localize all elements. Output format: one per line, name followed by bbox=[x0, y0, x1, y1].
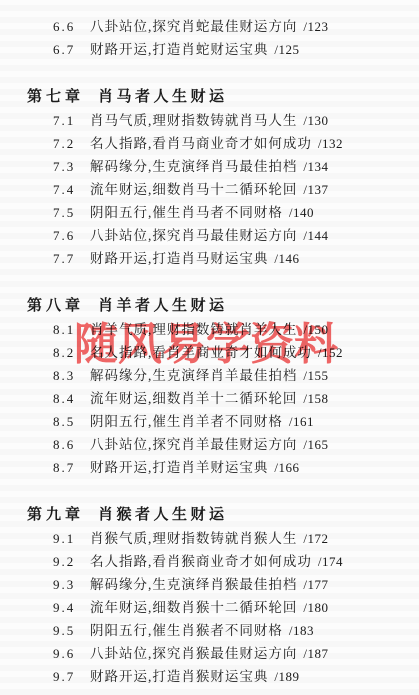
toc-entry-title: 流年财运,细数肖猴十二循环轮回 bbox=[90, 596, 297, 619]
toc-entry-page-number: /158 bbox=[303, 387, 328, 410]
toc-entry-number: 7.6 bbox=[53, 224, 90, 247]
toc-entry-number: 8.7 bbox=[53, 456, 90, 479]
toc-entry-page-number: /137 bbox=[303, 178, 328, 201]
toc-entry-title: 解码缘分,生克演绎肖猴最佳拍档 bbox=[90, 573, 297, 596]
toc-entry-title: 八卦站位,探究肖蛇最佳财运方向 bbox=[90, 15, 297, 38]
toc-entry-number: 9.1 bbox=[53, 527, 90, 550]
toc-entry-page-number: /155 bbox=[303, 364, 328, 387]
toc-entry-title: 解码缘分,生克演绎肖马最佳拍档 bbox=[90, 155, 297, 178]
toc-entry: 8.1肖羊气质,理财指数铸就肖羊人生/150 bbox=[0, 318, 419, 341]
toc-entry-number: 9.2 bbox=[53, 550, 90, 573]
chapter-label: 第七章 bbox=[27, 86, 84, 109]
toc-entry-number: 7.4 bbox=[53, 178, 90, 201]
toc-entry-page-number: /125 bbox=[274, 38, 299, 61]
toc-entry: 8.3解码缘分,生克演绎肖羊最佳拍档/155 bbox=[0, 364, 419, 387]
toc-entry-page-number: /123 bbox=[303, 15, 328, 38]
toc-entry-page-number: /130 bbox=[303, 109, 328, 132]
toc-entry: 8.4流年财运,细数肖羊十二循环轮回/158 bbox=[0, 387, 419, 410]
toc-entry-number: 8.5 bbox=[53, 410, 90, 433]
toc-entry-title: 名人指路,看肖马商业奇才如何成功 bbox=[90, 132, 312, 155]
toc-entry-page-number: /161 bbox=[289, 410, 314, 433]
chapter-label: 第八章 bbox=[27, 295, 84, 318]
toc-entry-number: 7.2 bbox=[53, 132, 90, 155]
chapter-heading: 第八章肖羊者人生财运 bbox=[0, 295, 419, 318]
toc-entry-title: 财路开运,打造肖猴财运宝典 bbox=[90, 665, 268, 688]
toc-entry: 7.3解码缘分,生克演绎肖马最佳拍档/134 bbox=[0, 155, 419, 178]
toc-entry-page-number: /134 bbox=[303, 155, 328, 178]
table-of-contents: 6.6八卦站位,探究肖蛇最佳财运方向/1236.7财路开运,打造肖蛇财运宝典/1… bbox=[0, 15, 419, 688]
toc-entry-number: 7.5 bbox=[53, 201, 90, 224]
toc-entry-number: 7.1 bbox=[53, 109, 90, 132]
toc-entry-number: 7.7 bbox=[53, 247, 90, 270]
toc-entry-page-number: /187 bbox=[303, 642, 328, 665]
toc-entry-title: 八卦站位,探究肖羊最佳财运方向 bbox=[90, 433, 297, 456]
toc-entry-title: 八卦站位,探究肖马最佳财运方向 bbox=[90, 224, 297, 247]
toc-entry: 6.7财路开运,打造肖蛇财运宝典/125 bbox=[0, 38, 419, 61]
toc-entry-title: 名人指路,看肖猴商业奇才如何成功 bbox=[90, 550, 312, 573]
toc-entry-title: 财路开运,打造肖马财运宝典 bbox=[90, 247, 268, 270]
toc-entry-title: 肖羊气质,理财指数铸就肖羊人生 bbox=[90, 318, 297, 341]
chapter-block: 第九章肖猴者人生财运9.1肖猴气质,理财指数铸就肖猴人生/1729.2名人指路,… bbox=[0, 504, 419, 688]
toc-entry-number: 9.4 bbox=[53, 596, 90, 619]
toc-entry-title: 名人指路,看肖羊商业奇才如何成功 bbox=[90, 341, 312, 364]
toc-entry: 7.4流年财运,细数肖马十二循环轮回/137 bbox=[0, 178, 419, 201]
toc-entry-number: 9.7 bbox=[53, 665, 90, 688]
toc-entry-page-number: /172 bbox=[303, 527, 328, 550]
toc-entry-page-number: /166 bbox=[274, 456, 299, 479]
book-toc-page: 6.6八卦站位,探究肖蛇最佳财运方向/1236.7财路开运,打造肖蛇财运宝典/1… bbox=[0, 0, 419, 695]
toc-entry-number: 9.5 bbox=[53, 619, 90, 642]
toc-entry-number: 8.3 bbox=[53, 364, 90, 387]
toc-entry-number: 8.2 bbox=[53, 341, 90, 364]
toc-entry-page-number: /150 bbox=[303, 318, 328, 341]
toc-entry: 8.7财路开运,打造肖羊财运宝典/166 bbox=[0, 456, 419, 479]
toc-entry-title: 解码缘分,生克演绎肖羊最佳拍档 bbox=[90, 364, 297, 387]
toc-entry: 9.3解码缘分,生克演绎肖猴最佳拍档/177 bbox=[0, 573, 419, 596]
toc-entry-page-number: /177 bbox=[303, 573, 328, 596]
toc-entry-number: 6.6 bbox=[53, 15, 90, 38]
toc-entry-number: 8.4 bbox=[53, 387, 90, 410]
toc-entry-page-number: /183 bbox=[289, 619, 314, 642]
toc-entry-page-number: /140 bbox=[289, 201, 314, 224]
toc-entry: 9.6八卦站位,探究肖猴最佳财运方向/187 bbox=[0, 642, 419, 665]
toc-entry: 9.1肖猴气质,理财指数铸就肖猴人生/172 bbox=[0, 527, 419, 550]
toc-entry-title: 阴阳五行,催生肖猴者不同财格 bbox=[90, 619, 283, 642]
toc-entry-title: 肖猴气质,理财指数铸就肖猴人生 bbox=[90, 527, 297, 550]
toc-entry-title: 财路开运,打造肖蛇财运宝典 bbox=[90, 38, 268, 61]
toc-entry-number: 6.7 bbox=[53, 38, 90, 61]
toc-entry-page-number: /144 bbox=[303, 224, 328, 247]
toc-entry: 9.7财路开运,打造肖猴财运宝典/189 bbox=[0, 665, 419, 688]
toc-entry: 8.2名人指路,看肖羊商业奇才如何成功/152 bbox=[0, 341, 419, 364]
toc-entry-title: 财路开运,打造肖羊财运宝典 bbox=[90, 456, 268, 479]
chapter-label: 第九章 bbox=[27, 504, 84, 527]
toc-entry: 9.4流年财运,细数肖猴十二循环轮回/180 bbox=[0, 596, 419, 619]
toc-entry: 7.7财路开运,打造肖马财运宝典/146 bbox=[0, 247, 419, 270]
toc-entry: 9.5阴阳五行,催生肖猴者不同财格/183 bbox=[0, 619, 419, 642]
chapter-block: 第八章肖羊者人生财运8.1肖羊气质,理财指数铸就肖羊人生/1508.2名人指路,… bbox=[0, 295, 419, 479]
toc-entry-title: 阴阳五行,催生肖马者不同财格 bbox=[90, 201, 283, 224]
toc-entry-number: 8.6 bbox=[53, 433, 90, 456]
toc-entry-page-number: /165 bbox=[303, 433, 328, 456]
toc-entry: 7.1肖马气质,理财指数铸就肖马人生/130 bbox=[0, 109, 419, 132]
toc-entry-number: 9.3 bbox=[53, 573, 90, 596]
toc-entry: 9.2名人指路,看肖猴商业奇才如何成功/174 bbox=[0, 550, 419, 573]
chapter-heading: 第七章肖马者人生财运 bbox=[0, 86, 419, 109]
toc-entry-number: 8.1 bbox=[53, 318, 90, 341]
toc-entry-number: 9.6 bbox=[53, 642, 90, 665]
toc-entry-title: 八卦站位,探究肖猴最佳财运方向 bbox=[90, 642, 297, 665]
toc-entry-page-number: /152 bbox=[318, 341, 343, 364]
toc-entry-page-number: /132 bbox=[318, 132, 343, 155]
toc-entry-page-number: /174 bbox=[318, 550, 343, 573]
toc-entry-title: 流年财运,细数肖马十二循环轮回 bbox=[90, 178, 297, 201]
toc-entry-page-number: /180 bbox=[303, 596, 328, 619]
toc-entry-number: 7.3 bbox=[53, 155, 90, 178]
toc-entry-title: 肖马气质,理财指数铸就肖马人生 bbox=[90, 109, 297, 132]
toc-entry-title: 阴阳五行,催生肖羊者不同财格 bbox=[90, 410, 283, 433]
chapter-title: 肖猴者人生财运 bbox=[98, 504, 228, 527]
toc-entry-page-number: /146 bbox=[274, 247, 299, 270]
toc-entry-page-number: /189 bbox=[274, 665, 299, 688]
toc-entry: 8.6八卦站位,探究肖羊最佳财运方向/165 bbox=[0, 433, 419, 456]
chapter-block: 第七章肖马者人生财运7.1肖马气质,理财指数铸就肖马人生/1307.2名人指路,… bbox=[0, 86, 419, 270]
chapter-title: 肖羊者人生财运 bbox=[98, 295, 228, 318]
chapter-heading: 第九章肖猴者人生财运 bbox=[0, 504, 419, 527]
toc-entry: 7.2名人指路,看肖马商业奇才如何成功/132 bbox=[0, 132, 419, 155]
toc-entry: 7.5阴阳五行,催生肖马者不同财格/140 bbox=[0, 201, 419, 224]
toc-entry: 6.6八卦站位,探究肖蛇最佳财运方向/123 bbox=[0, 15, 419, 38]
toc-entry-title: 流年财运,细数肖羊十二循环轮回 bbox=[90, 387, 297, 410]
toc-entry: 7.6八卦站位,探究肖马最佳财运方向/144 bbox=[0, 224, 419, 247]
toc-entry: 8.5阴阳五行,催生肖羊者不同财格/161 bbox=[0, 410, 419, 433]
chapter-title: 肖马者人生财运 bbox=[98, 86, 228, 109]
